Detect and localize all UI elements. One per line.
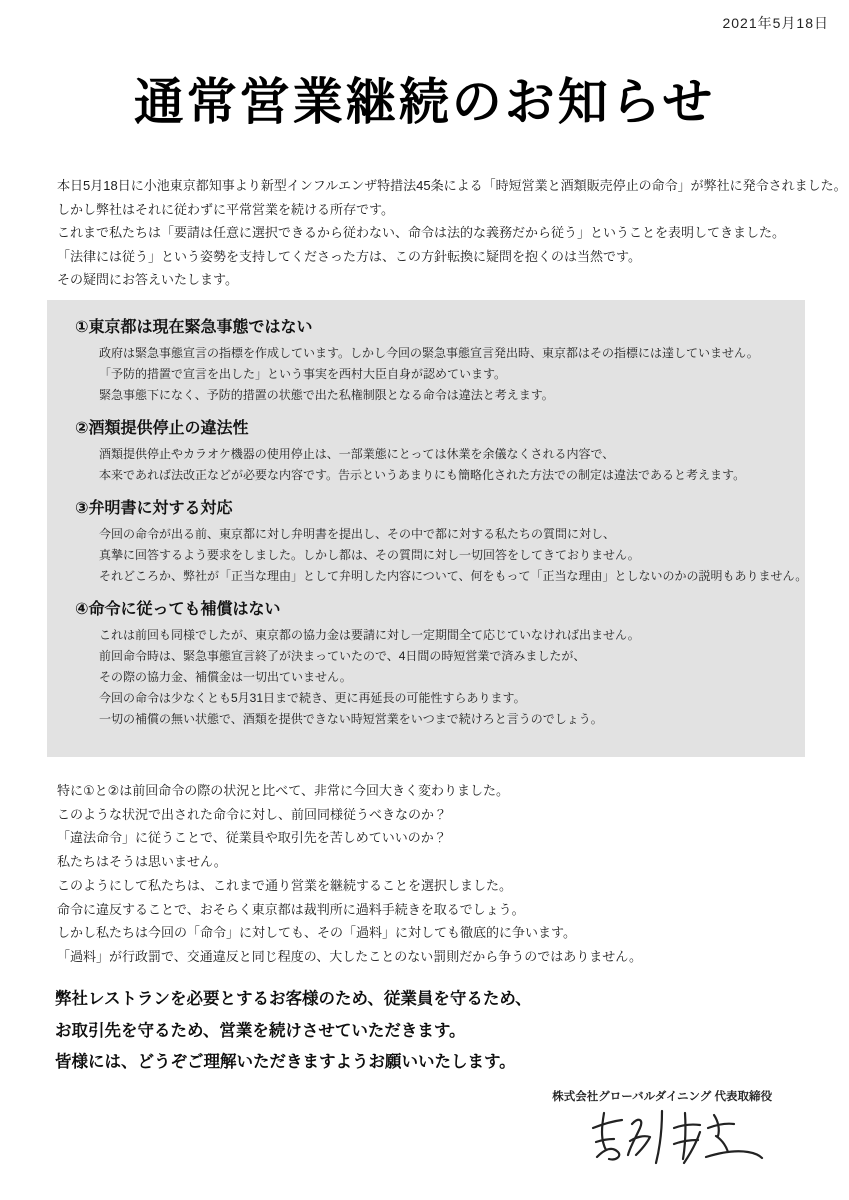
reason-line: 本来であれば法改正などが必要な内容です。告示というあまりにも簡略化された方法での… bbox=[75, 465, 777, 486]
intro-line: しかし弊社はそれに従わずに平常営業を続ける所存です。 bbox=[57, 198, 833, 222]
reason-line: 一切の補償の無い状態で、酒類を提供できない時短営業をいつまで続けろと言うのでしょ… bbox=[75, 709, 777, 730]
conclusion-line: お取引先を守るため、営業を続けさせていただきます。 bbox=[55, 1016, 833, 1048]
intro-line: 本日5月18日に小池東京都知事より新型インフルエンザ特措法45条による「時短営業… bbox=[57, 174, 833, 198]
reason-heading: ③弁明書に対する対応 bbox=[75, 498, 777, 520]
reason-line: 緊急事態下になく、予防的措置の状態で出た私権制限となる命令は違法と考えます。 bbox=[75, 385, 777, 406]
handwritten-signature-icon bbox=[587, 1106, 765, 1170]
reason-heading: ②酒類提供停止の違法性 bbox=[75, 418, 777, 440]
announcement-document: 2021年5月18日 通常営業継続のお知らせ 本日5月18日に小池東京都知事より… bbox=[0, 0, 849, 1200]
conclusion-line: 弊社レストランを必要とするお客様のため、従業員を守るため、 bbox=[55, 984, 833, 1016]
reason-section-4: ④命令に従っても補償はない これは前回も同様でしたが、東京都の協力金は要請に対し… bbox=[75, 599, 777, 730]
reason-line: それどころか、弊社が「正当な理由」として弁明した内容について、何をもって「正当な… bbox=[75, 566, 777, 587]
closing-line: 命令に違反することで、おそらく東京都は裁判所に過料手続きを取るでしょう。 bbox=[57, 898, 833, 922]
closing-line: 私たちはそうは思いません。 bbox=[57, 850, 833, 874]
closing-line: 「過料」が行政罰で、交通違反と同じ程度の、大したことのない罰則だから争うのではあ… bbox=[57, 945, 833, 969]
reason-heading: ④命令に従っても補償はない bbox=[75, 599, 777, 621]
conclusion-statement: 弊社レストランを必要とするお客様のため、従業員を守るため、 お取引先を守るため、… bbox=[55, 984, 833, 1079]
reason-section-2: ②酒類提供停止の違法性 酒類提供停止やカラオケ機器の使用停止は、一部業態にとって… bbox=[75, 418, 777, 486]
closing-line: このような状況で出された命令に対し、前回同様従うべきなのか？ bbox=[57, 803, 833, 827]
reason-line: 今回の命令は少なくとも5月31日まで続き、更に再延長の可能性すらあります。 bbox=[75, 688, 777, 709]
reason-section-1: ①東京都は現在緊急事態ではない 政府は緊急事態宣言の指標を作成しています。しかし… bbox=[75, 317, 777, 406]
reason-line: 今回の命令が出る前、東京都に対し弁明書を提出し、その中で都に対する私たちの質問に… bbox=[75, 524, 777, 545]
intro-line: これまで私たちは「要請は任意に選択できるから従わない、命令は法的な義務だから従う… bbox=[57, 221, 833, 245]
closing-paragraph: 特に①と②は前回命令の際の状況と比べて、非常に今回大きく変わりました。 このよう… bbox=[57, 779, 833, 969]
reason-line: 「予防的措置で宣言を出した」という事実を西村大臣自身が認めています。 bbox=[75, 364, 777, 385]
reasons-panel: ①東京都は現在緊急事態ではない 政府は緊急事態宣言の指標を作成しています。しかし… bbox=[47, 300, 805, 757]
reason-line: 前回命令時は、緊急事態宣言終了が決まっていたので、4日間の時短営業で済みましたが… bbox=[75, 646, 777, 667]
intro-paragraph: 本日5月18日に小池東京都知事より新型インフルエンザ特措法45条による「時短営業… bbox=[57, 174, 833, 292]
closing-line: 特に①と②は前回命令の際の状況と比べて、非常に今回大きく変わりました。 bbox=[57, 779, 833, 803]
intro-line: その疑問にお答えいたします。 bbox=[57, 268, 833, 292]
reason-line: 政府は緊急事態宣言の指標を作成しています。しかし今回の緊急事態宣言発出時、東京都… bbox=[75, 343, 777, 364]
conclusion-line: 皆様には、どうぞご理解いただきますようお願いいたします。 bbox=[55, 1047, 833, 1079]
reason-line: 真摯に回答するよう要求をしました。しかし都は、その質問に対し一切回答をしてきてお… bbox=[75, 545, 777, 566]
reason-section-3: ③弁明書に対する対応 今回の命令が出る前、東京都に対し弁明書を提出し、その中で都… bbox=[75, 498, 777, 587]
closing-line: 「違法命令」に従うことで、従業員や取引先を苦しめていいのか？ bbox=[57, 826, 833, 850]
company-title: 株式会社グローバルダイニング 代表取締役 bbox=[552, 1088, 772, 1104]
reason-line: 酒類提供停止やカラオケ機器の使用停止は、一部業態にとっては休業を余儀なくされる内… bbox=[75, 444, 777, 465]
reason-line: これは前回も同様でしたが、東京都の協力金は要請に対し一定期間全て応じていなければ… bbox=[75, 625, 777, 646]
closing-line: しかし私たちは今回の「命令」に対しても、その「過料」に対しても徹底的に争います。 bbox=[57, 921, 833, 945]
page-title: 通常営業継続のお知らせ bbox=[0, 62, 849, 134]
document-date: 2021年5月18日 bbox=[722, 13, 829, 33]
intro-line: 「法律には従う」という姿勢を支持してくださった方は、この方針転換に疑問を抱くのは… bbox=[57, 245, 833, 269]
reason-heading: ①東京都は現在緊急事態ではない bbox=[75, 317, 777, 339]
closing-line: このようにして私たちは、これまで通り営業を継続することを選択しました。 bbox=[57, 874, 833, 898]
reason-line: その際の協力金、補償金は一切出ていません。 bbox=[75, 667, 777, 688]
